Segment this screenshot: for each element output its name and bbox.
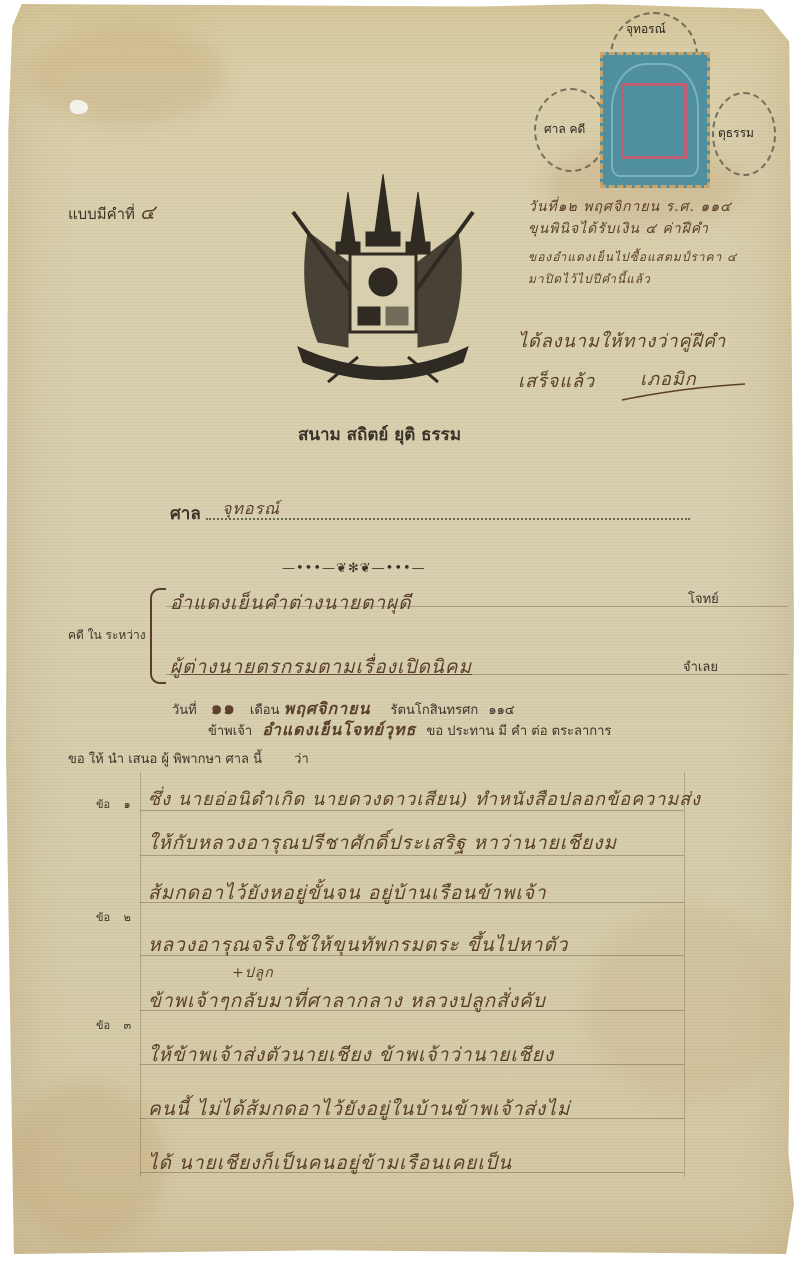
plaintiff-role-label: โจทย์ <box>688 588 719 609</box>
form-number: ๔ <box>140 200 156 224</box>
royal-coat-of-arms-icon <box>278 172 488 387</box>
right-margin-rule <box>684 772 685 1177</box>
ruled-line <box>140 955 684 956</box>
paper-hole <box>70 100 88 114</box>
clause-label: ข้อ <box>96 1019 110 1032</box>
month-value: พฤศจิกายน <box>284 699 371 718</box>
revenue-stamp <box>600 52 710 188</box>
clause-label: ข้อ <box>96 911 110 924</box>
court-dotted-line <box>206 518 690 520</box>
age-stain <box>6 1084 166 1244</box>
signature-note-line-1: ได้ลงนามให้ทางว่าคู่ฝีคำ <box>518 326 726 355</box>
clause-1-line-2: ให้กับหลวงอารุณปรีชาศักดิ์ประเสริฐ หาว่า… <box>148 828 617 858</box>
clause-3-line-2: ให้ข้าพเจ้าส่งตัวนายเชียง ข้าพเจ้าว่านาย… <box>148 1040 554 1070</box>
clause-3-line-4: ได้ นายเชียงก็เป็นคนอยู่ข้ามเรือนเคยเป็น <box>148 1148 512 1178</box>
ruled-line <box>140 855 684 856</box>
petitioner-line: ข้าพเจ้า อำแดงเย็นโจทย์วุทธ ขอ ประทาน มี… <box>208 718 611 743</box>
margin-note-line-4: มาปิดไว้ไปปีคำนี้แล้ว <box>528 270 651 289</box>
ruled-line <box>140 1118 684 1119</box>
plaintiff-name: อำแดงเย็นคำต่างนายตาผุดี <box>170 588 412 618</box>
era-label: รัตนโกสินทรศก <box>391 703 479 718</box>
year-value: ๑๑๔ <box>488 703 514 718</box>
clause-1-line-1: ซึ่ง นายอ่อนิดำเกิด นายดวงดาวเสียน) ทำหน… <box>148 784 701 813</box>
signature-note-line-2: เสร็จแล้ว <box>518 366 595 395</box>
margin-note-line-2: ขุนพินิจได้รับเงิน ๔ ค่าฝีคำ <box>528 218 709 240</box>
clause-number: ๒ <box>124 911 131 924</box>
defendant-role-label: จำเลย <box>683 656 718 677</box>
clause-number: ๓ <box>124 1019 132 1032</box>
request-line: ขอ ให้ นำ เสนอ ผู้ พิพากษา ศาล นี้ ว่า <box>68 748 309 769</box>
form-label: แบบมีคำที่ ๔ <box>68 196 156 228</box>
clause-3-label: ข้อ ๓ <box>96 1016 131 1034</box>
petitioner-name: อำแดงเย็นโจทย์วุทธ <box>262 720 416 739</box>
signature-flourish-icon <box>620 380 750 404</box>
ornament-divider: —•••—❦✻❦—•••— <box>282 561 426 576</box>
clause-number: ๑ <box>124 798 131 811</box>
month-label: เดือน <box>250 703 280 718</box>
age-stain <box>26 24 226 124</box>
clause-2-label: ข้อ ๒ <box>96 908 131 926</box>
clause-3-line-3: คนนี้ ไม่ได้ส้มกดอาไว้ยังอยู่ในบ้านข้าพเ… <box>148 1094 570 1124</box>
left-margin-rule <box>140 772 141 1177</box>
clause-1-label: ข้อ ๑ <box>96 795 131 813</box>
postmark-right: ตุธรรม <box>712 92 776 176</box>
day-value: ๑๑ <box>211 698 236 719</box>
header-title: สนาม สถิตย์ ยุติ ธรรม <box>298 421 461 448</box>
ruled-line <box>140 1172 684 1173</box>
ruled-line <box>140 1010 684 1011</box>
postmark-left: ศาล คดี <box>534 88 608 172</box>
clause-3-line-1: ข้าพเจ้าๆกลับมาที่ศาลากลาง หลวงปลูกสั่งค… <box>148 986 546 1016</box>
form-label-text: แบบมีคำที่ <box>68 205 135 223</box>
case-between-label: คดี ใน ระหว่าง <box>68 626 146 645</box>
margin-note-line-1: วันที่๑๒ พฤศจิกายน ร.ศ. ๑๑๔ <box>528 196 732 218</box>
stamp-overprint <box>621 83 687 159</box>
petitioner-prefix: ข้าพเจ้า <box>208 724 252 739</box>
defendant-name: ผู้ต่างนายตรกรมตามเรื่องเปิดนิคม <box>170 652 472 682</box>
day-label: วันที่ <box>172 703 197 718</box>
clause-label: ข้อ <box>96 798 110 811</box>
court-label: ศาล <box>170 500 201 527</box>
clause-3-annotation: +ปลูก <box>232 962 274 984</box>
request-suffix: ว่า <box>294 752 309 767</box>
margin-note-line-3: ของอำแดงเย็นไปซื้อแสตมป์ราคา ๔ <box>528 248 737 267</box>
ruled-line <box>140 810 684 811</box>
petitioner-suffix: ขอ ประทาน มี คำ ต่อ ตระลาการ <box>426 724 611 739</box>
clause-2-line-1: ส้มกดอาไว้ยังหอยู่ขั้นจน อยู่บ้านเรือนข้… <box>148 878 547 908</box>
parties-brace <box>150 588 166 684</box>
age-stain <box>586 904 786 1104</box>
ruled-line <box>140 1064 684 1065</box>
request-text: ขอ ให้ นำ เสนอ ผู้ พิพากษา ศาล นี้ <box>68 752 262 767</box>
ruled-line <box>140 902 684 903</box>
